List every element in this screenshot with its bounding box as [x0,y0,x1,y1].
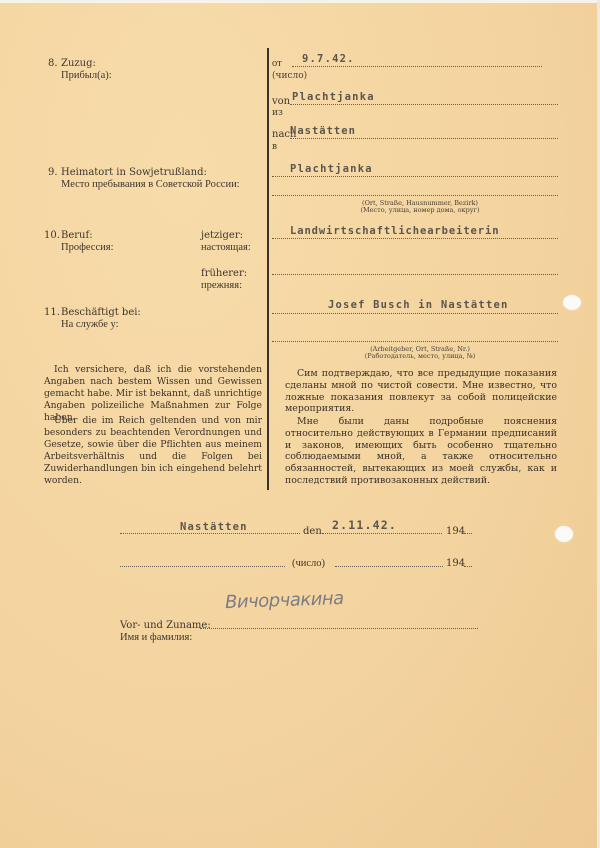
name-label-de: Vor- und Zuname: [120,620,211,632]
employer-value[interactable]: Josef Busch in Nastätten [328,299,509,311]
declaration-de-paragraph-2: Über die im Reich geltenden und von mir … [44,415,262,487]
employer-caption-ru: (Работодатель, место, улица, №) [330,352,510,360]
column-divider [267,48,269,490]
home-town-line-2 [272,195,558,196]
year-prefix: 194 [446,526,465,538]
declaration-ru-paragraph-1: Сим подтверждаю, что все предыдущие пока… [285,368,557,415]
ru-date-caption: (число) [292,558,325,570]
arrival-date-value[interactable]: 9.7.42. [302,53,355,65]
arrival-to-value[interactable]: Nastätten [290,125,356,137]
ru-year-line [464,566,472,567]
place-value[interactable]: Nastätten [180,521,248,533]
arrival-from-value[interactable]: Plachtjanka [292,91,375,103]
profession-current-label-ru: настоящая: [201,242,251,254]
handwritten-signature[interactable]: Вичорчакина [225,588,344,613]
arrival-from-line [290,104,558,105]
ru-date-line [335,566,443,567]
arrival-date-caption: (число) [272,70,307,82]
den-label: den [303,526,322,538]
field-10-number: 10. [44,230,60,242]
home-town-label-de: Heimatort in Sowjetrußland: [61,167,207,179]
profession-label-de: Beruf: [61,230,93,242]
profession-current-line [272,238,558,239]
profession-current-value[interactable]: Landwirtschaftlichearbeiterin [290,225,499,237]
place-line [120,533,300,534]
punch-hole-lower [555,526,573,542]
name-line [200,628,478,629]
date-line [322,533,442,534]
ru-place-line [120,566,285,567]
date-value[interactable]: 2.11.42. [332,518,397,532]
field-9-number: 9. [48,167,58,179]
profession-previous-label-de: früherer: [201,268,247,280]
arrival-date-line [292,66,542,67]
declaration-ru-paragraph-2: Мне были даны подробные пояснения относи… [285,416,557,487]
arrival-to-line [290,138,558,139]
employer-line-1 [272,313,558,314]
field-8-number: 8. [48,58,58,70]
employer-label-de: Beschäftigt bei: [61,307,141,319]
home-town-label-ru: Место пребывания в Советской России: [61,179,240,191]
name-label-ru: Имя и фамилия: [120,632,192,644]
arrival-date-prefix: от [272,58,282,70]
home-town-line-1 [272,176,558,177]
home-town-value[interactable]: Plachtjanka [290,163,373,175]
employer-line-2 [272,341,558,342]
profession-previous-line [272,274,558,275]
employer-label-ru: На службе у: [61,319,119,331]
year-line [464,533,472,534]
field-11-number: 11. [44,307,60,319]
profession-label-ru: Профессия: [61,242,114,254]
profession-current-label-de: jetziger: [201,230,243,242]
profession-previous-label-ru: прежняя: [201,280,242,292]
arrival-label-ru: Прибыл(а): [61,70,112,82]
arrival-from-prefix-ru: из [272,107,283,119]
ru-year-prefix: 194 [446,558,465,570]
home-town-caption-ru: (Место, улица, номер дома, округ) [330,206,510,214]
arrival-to-prefix-ru: в [272,141,277,153]
paper-top-edge [0,0,600,3]
arrival-label-de: Zuzug: [61,58,96,70]
punch-hole-upper [563,295,581,310]
